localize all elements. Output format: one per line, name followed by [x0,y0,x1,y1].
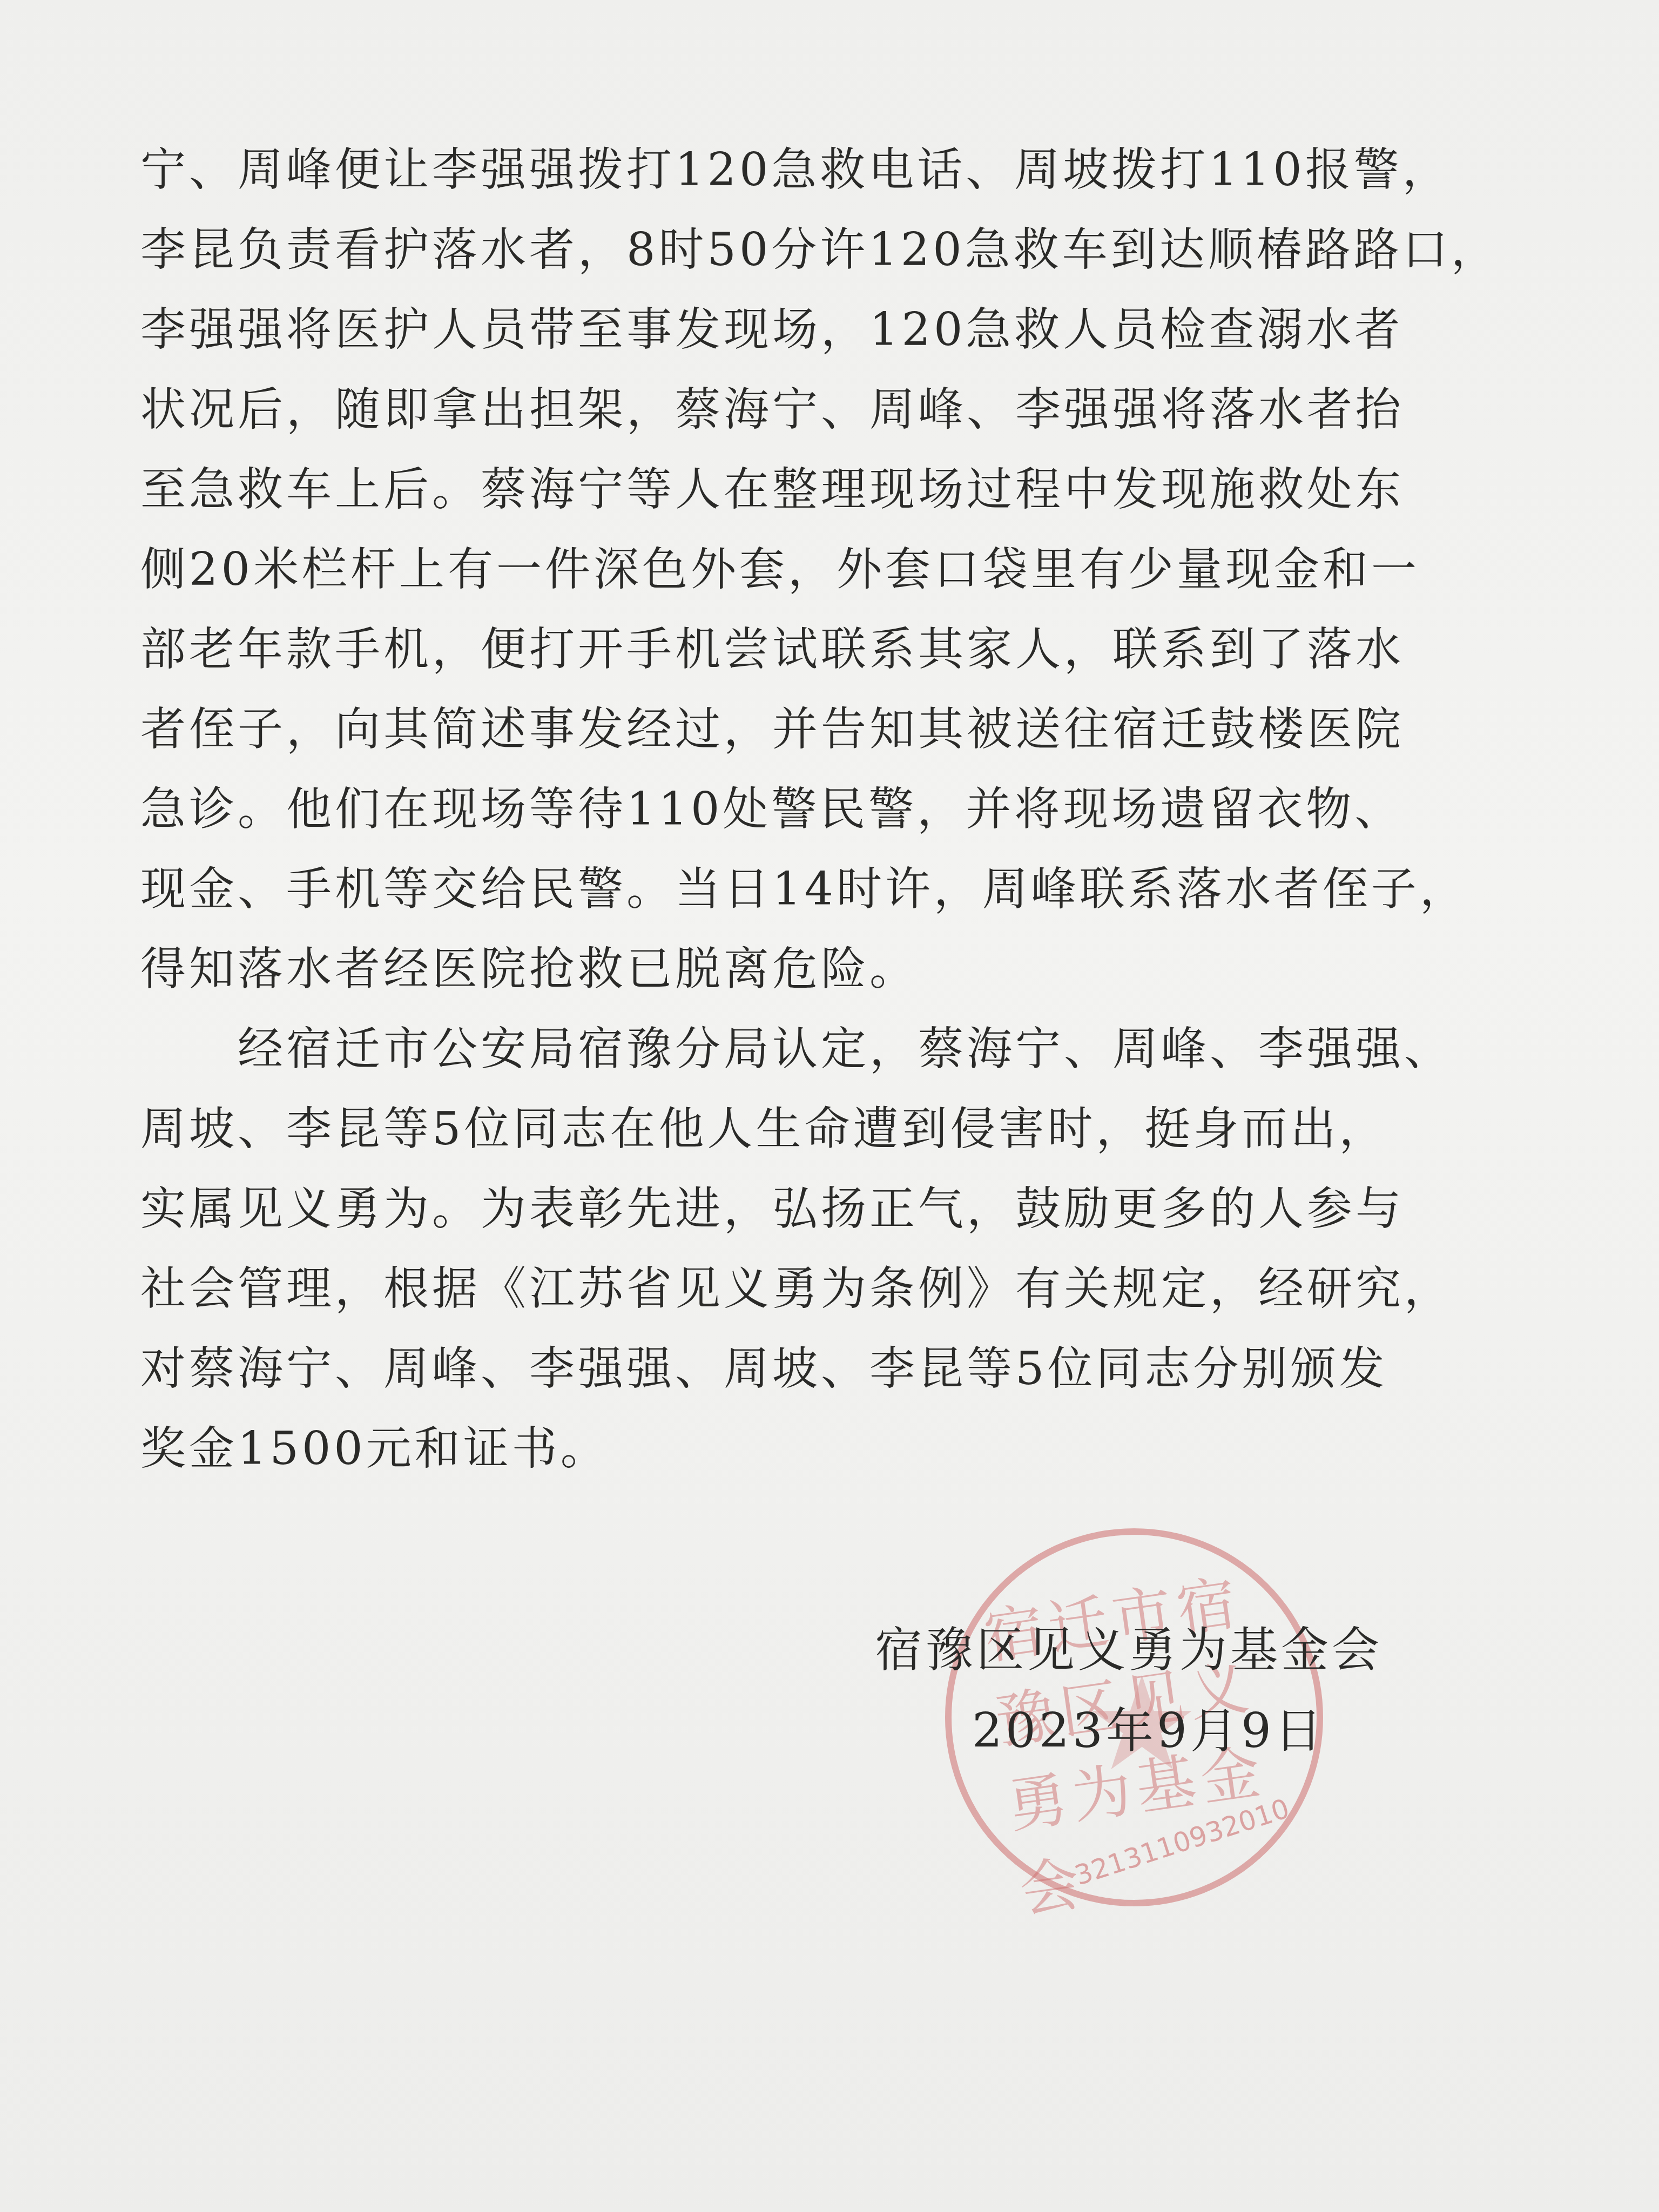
signing-organization: 宿豫区见义勇为基金会 [875,1609,1382,1690]
text-line: 至急救车上后。蔡海宁等人在整理现场过程中发现施救处东 [140,449,1491,529]
text-line: 侧20米栏杆上有一件深色外套，外套口袋里有少量现金和一 [140,529,1491,609]
text-line: 宁、周峰便让李强强拨打120急救电话、周坡拨打110报警， [140,130,1491,210]
text-line: 急诊。他们在现场等待110处警民警，并将现场遗留衣物、 [140,769,1491,849]
text-line: 经宿迁市公安局宿豫分局认定，蔡海宁、周峰、李强强、 [140,1009,1491,1089]
text-line: 者侄子，向其简述事发经过，并告知其被送往宿迁鼓楼医院 [140,689,1491,769]
document-page: 宁、周峰便让李强强拨打120急救电话、周坡拨打110报警， 李昆负责看护落水者，… [0,0,1659,2212]
document-body: 宁、周峰便让李强强拨打120急救电话、周坡拨打110报警， 李昆负责看护落水者，… [140,130,1491,1488]
text-line: 得知落水者经医院抢救已脱离危险。 [140,929,1491,1009]
text-line: 对蔡海宁、周峰、李强强、周坡、李昆等5位同志分别颁发 [140,1328,1491,1408]
text-line: 现金、手机等交给民警。当日14时许，周峰联系落水者侄子， [140,849,1491,929]
text-line: 李强强将医护人员带至事发现场，120急救人员检查溺水者 [140,289,1491,369]
signature-block: 宿豫区见义勇为基金会 2023年9月9日 [875,1609,1382,1771]
text-line: 周坡、李昆等5位同志在他人生命遭到侵害时，挺身而出， [140,1089,1491,1169]
text-line: 实属见义勇为。为表彰先进，弘扬正气，鼓励更多的人参与 [140,1169,1491,1249]
text-line: 奖金1500元和证书。 [140,1408,1491,1488]
signing-date: 2023年9月9日 [875,1690,1382,1771]
text-line: 状况后，随即拿出担架，蔡海宁、周峰、李强强将落水者抬 [140,369,1491,449]
text-line: 李昆负责看护落水者，8时50分许120急救车到达顺椿路路口， [140,210,1491,289]
text-line: 部老年款手机，便打开手机尝试联系其家人，联系到了落水 [140,609,1491,689]
text-line: 社会管理，根据《江苏省见义勇为条例》有关规定，经研究， [140,1249,1491,1328]
